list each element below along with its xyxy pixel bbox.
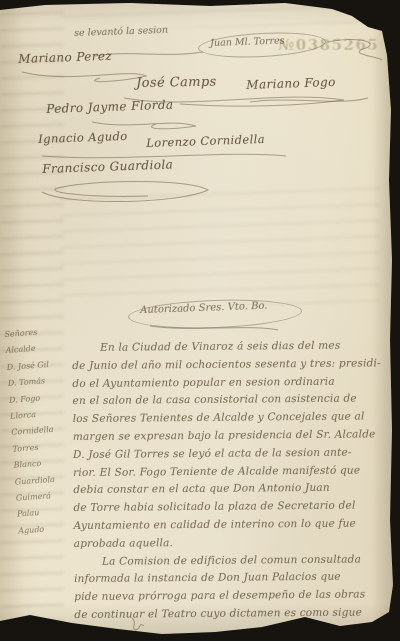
circled-signature: Juan Ml. Torres bbox=[210, 35, 285, 49]
body-line: de continuar el Teatro cuyo dictamen es … bbox=[74, 604, 396, 625]
body-line: Ayuntamiento en calidad de interino con … bbox=[74, 515, 396, 536]
margin-attendee: Agudo bbox=[18, 519, 79, 540]
minutes-body-text: En la Ciudad de Vinaroz á seis dias del … bbox=[72, 337, 396, 625]
session-heading: Autorizado Sres. Vto. Bo. bbox=[140, 301, 268, 316]
bleed-through-top bbox=[60, 2, 360, 28]
page-number: 134 bbox=[359, 7, 377, 19]
signature-flourish bbox=[28, 174, 218, 208]
signature-lorenzo-cornidella: Lorenzo Cornidella bbox=[146, 132, 265, 150]
paper-sheet: 134 №0385265 se levantó la sesion Juan M… bbox=[0, 0, 400, 641]
signature-ignacio-agudo: Ignacio Agudo bbox=[38, 129, 128, 146]
signature-pedro-jayme: Pedro Jayme Florda bbox=[46, 98, 174, 116]
bleed-through-left bbox=[0, 0, 64, 641]
body-line: D. José Gil Torres se leyó el acta de la… bbox=[73, 444, 395, 465]
stamp-serial-number: №0385265 bbox=[278, 36, 379, 54]
heading-flourish bbox=[150, 322, 280, 334]
signature-francisco-guardiola: Francisco Guardiola bbox=[42, 157, 173, 176]
bleed-through-middle bbox=[60, 185, 380, 305]
body-line: rior. El Sor. Fogo Teniente de Alcalde m… bbox=[73, 462, 395, 483]
closing-note: se levantó la sesion bbox=[74, 25, 168, 39]
scanned-manuscript-page: { "scan": { "page_number": "134", "stamp… bbox=[0, 0, 400, 641]
signature-flourish bbox=[250, 94, 370, 108]
body-line: La Comision de edificios del comun consu… bbox=[74, 551, 396, 572]
body-line: de Junio del año mil ochocientos sesenta… bbox=[72, 355, 394, 376]
signature-jose-camps: José Camps bbox=[136, 75, 217, 91]
signature-mariano-perez: Mariano Perez bbox=[18, 49, 112, 66]
signature-flourish bbox=[20, 66, 150, 86]
margin-attendee-list: Señores Alcalde D. José Gil D. Tomás D. … bbox=[4, 323, 79, 540]
signature-mariano-fogo: Mariano Fogo bbox=[246, 75, 336, 92]
